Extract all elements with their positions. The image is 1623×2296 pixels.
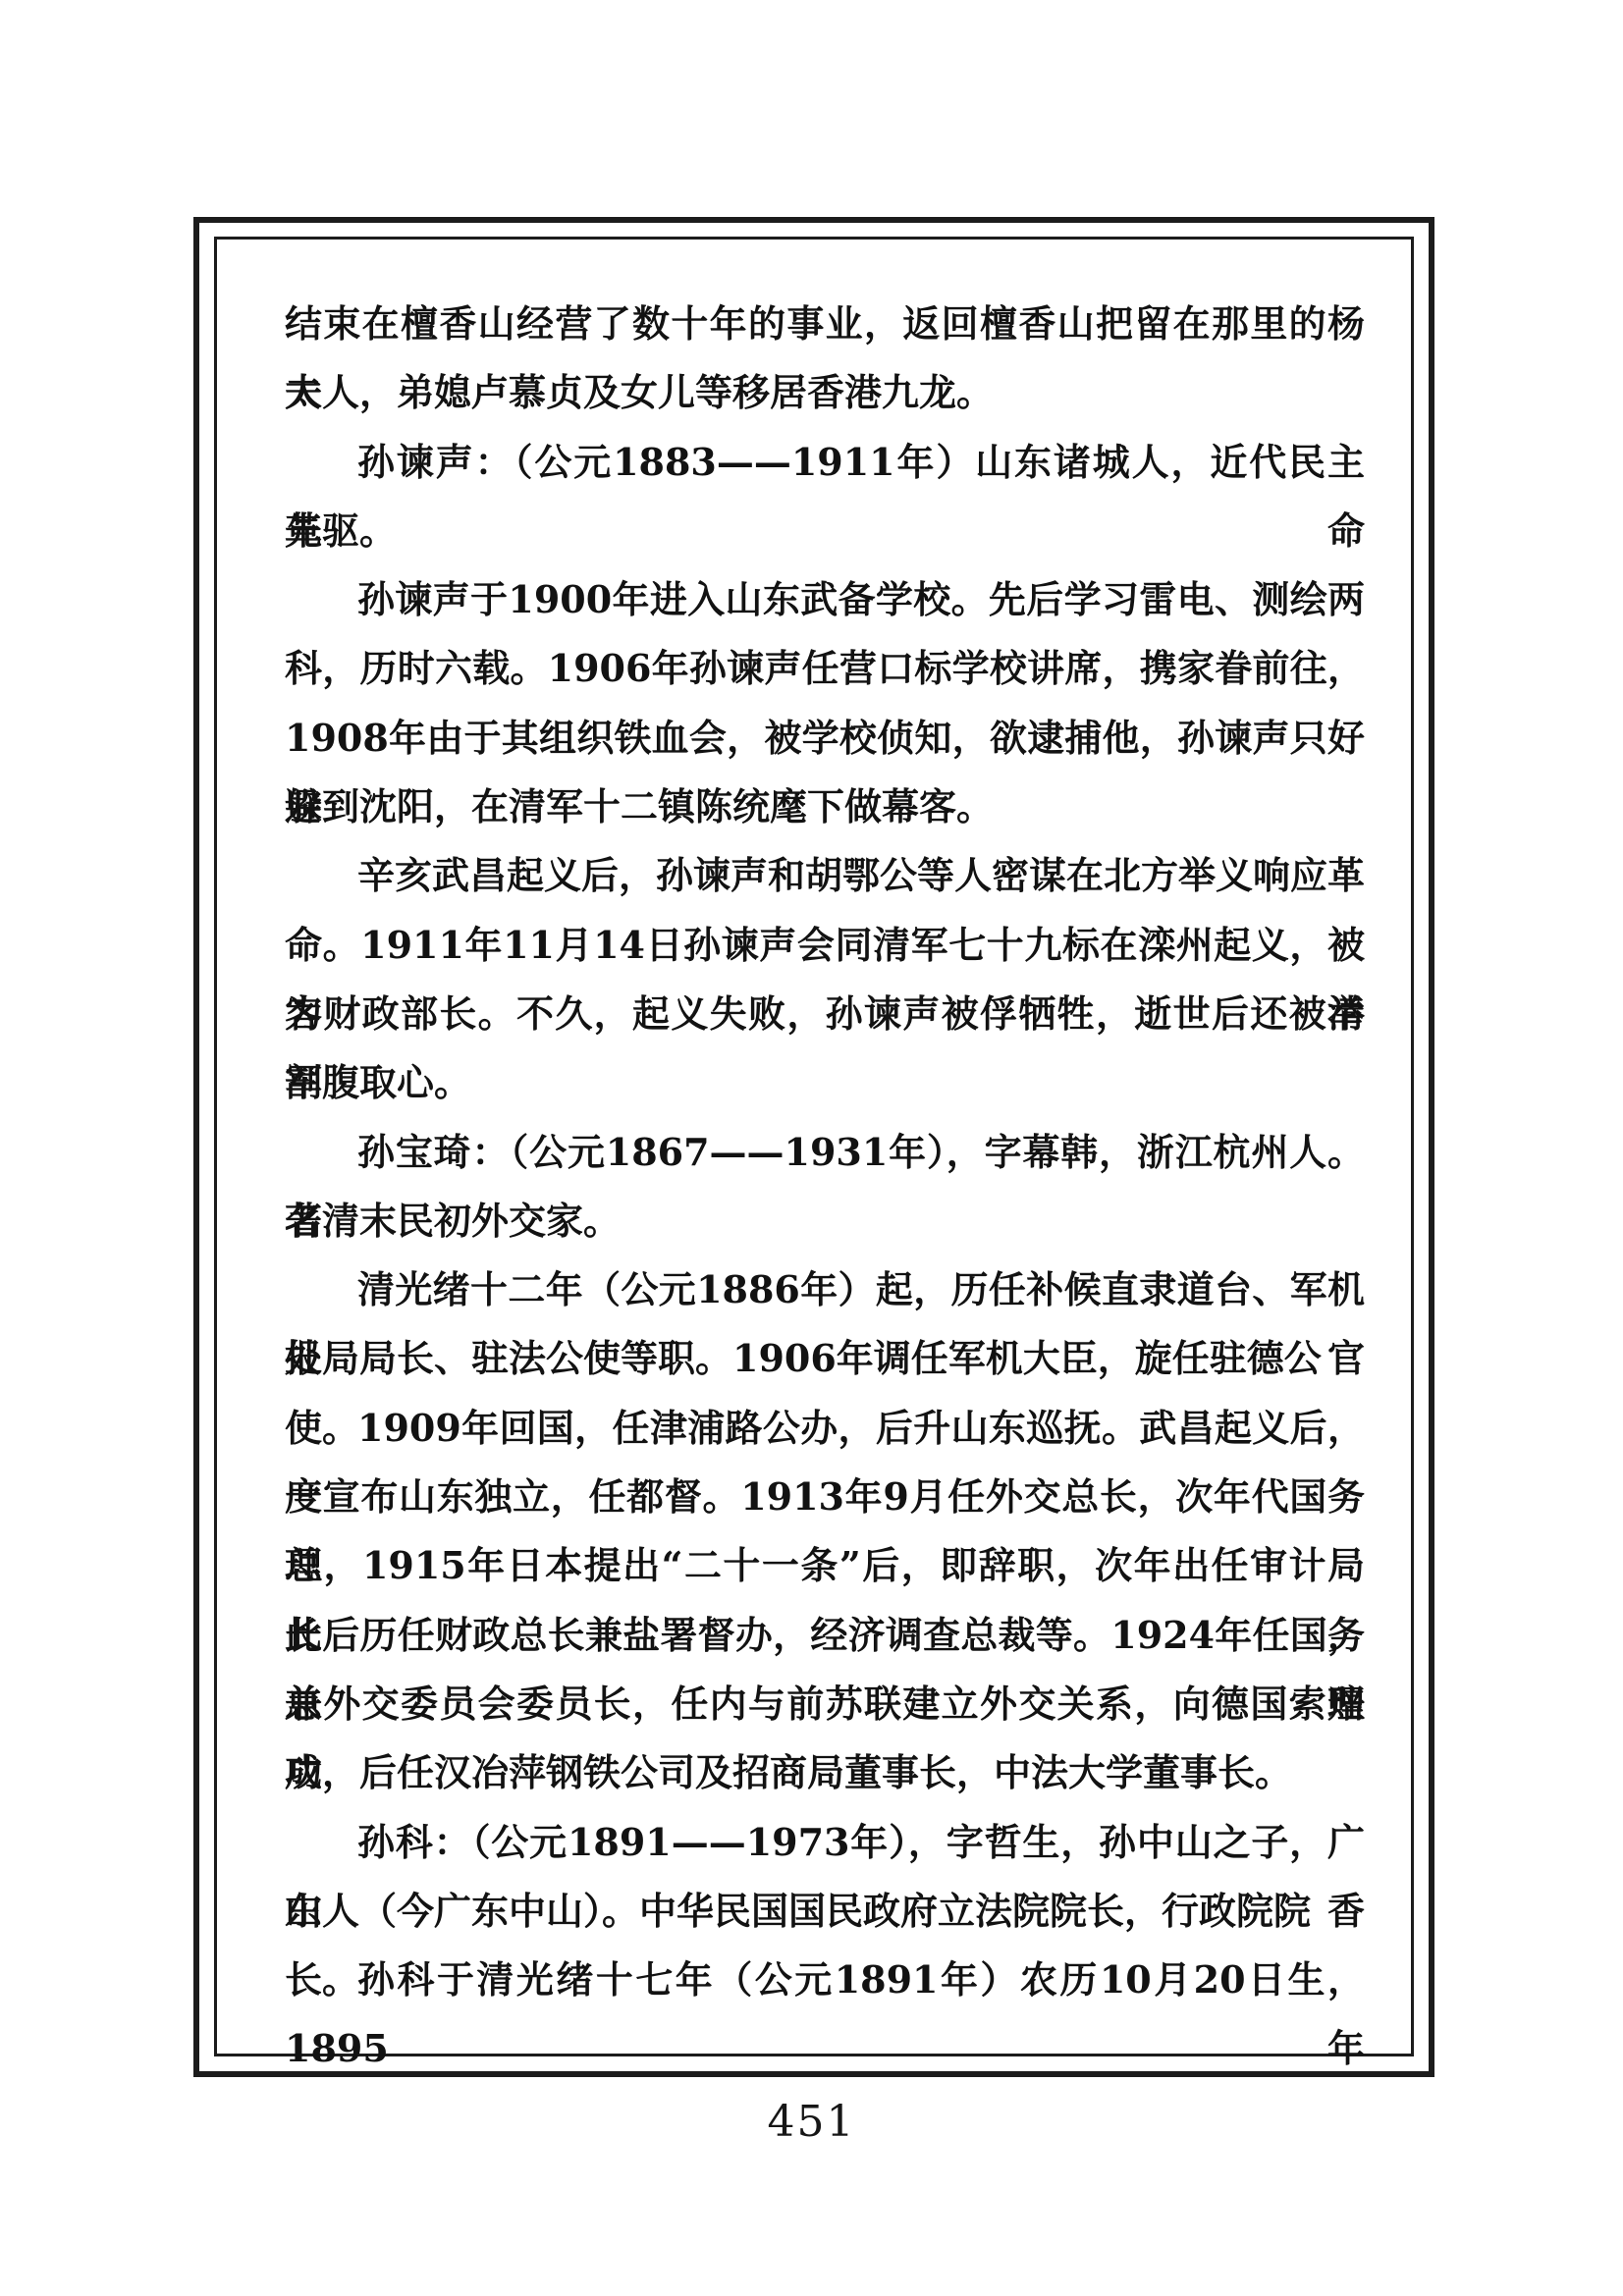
text-line: 名清末民初外交家。 (285, 1187, 1365, 1255)
body-text-block: 结束在檀香山经营了数十年的事业，返回檀香山把留在那里的杨太夫人，弟媳卢慕贞及女儿… (285, 290, 1365, 2014)
text-line: 科，历时六载。1906年孙谏声任营口标学校讲席，携家眷前往， (285, 634, 1365, 703)
text-line: 孙宝琦：（公元1867——1931年），字幕韩，浙江杭州人。著 (285, 1118, 1365, 1187)
text-line: 孙谏声：（公元1883——1911年）山东诸城人，近代民主革命 (285, 428, 1365, 497)
page-number: 451 (0, 2097, 1623, 2147)
text-line: 山人（今广东中山）。中华民国国民政府立法院院长，行政院院长。 (285, 1877, 1365, 1946)
text-line: 夫人，弟媳卢慕贞及女儿等移居香港九龙。 (285, 358, 1365, 427)
text-line: 为财政部长。不久，起义失败，孙谏声被俘牺牲，逝世后还被清军 (285, 980, 1365, 1048)
text-line: 度宣布山东独立，任都督。1913年9月任外交总长，次年代国务总 (285, 1463, 1365, 1531)
text-line: 命。1911年11月14日孙谏声会同清军七十九标在滦州起义，被客举 (285, 911, 1365, 980)
text-line: 兼外交委员会委员长，任内与前苏联建立外交关系，向德国索赔成 (285, 1670, 1365, 1738)
text-line: 1908年由于其组织铁血会，被学校侦知，欲逮捕他，孙谏声只好躲 (285, 704, 1365, 773)
text-line: 辛亥武昌起义后，孙谏声和胡鄂公等人密谋在北方举义响应革 (285, 841, 1365, 910)
text-line: 孙谏声于1900年进入山东武备学校。先后学习雷电、测绘两 (285, 565, 1365, 634)
text-line: 结束在檀香山经营了数十年的事业，返回檀香山把留在那里的杨太 (285, 290, 1365, 358)
text-line: 此后历任财政总长兼盐署督办，经济调查总裁等。1924年任国务总理 (285, 1601, 1365, 1670)
text-line: 功，后任汉冶萍钢铁公司及招商局董事长，中法大学董事长。 (285, 1738, 1365, 1807)
text-line: 孙科：（公元1891——1973年），字哲生，孙中山之子，广东香 (285, 1808, 1365, 1877)
text-line: 报局局长、驻法公使等职。1906年调任军机大臣，旋任驻德公使。 (285, 1324, 1365, 1393)
text-line: 避到沈阳，在清军十二镇陈统麾下做幕客。 (285, 773, 1365, 841)
text-line: 剖腹取心。 (285, 1048, 1365, 1117)
text-line: 清光绪十二年（公元1886年）起，历任补候直隶道台、军机处官 (285, 1255, 1365, 1324)
text-line: 孙科于清光绪十七年（公元1891年）农历10月20日生，1895年 (285, 1946, 1365, 2014)
text-line: 理，1915年日本提出“二十一条”后，即辞职，次年出任审计局长， (285, 1531, 1365, 1600)
text-line: 1909年回国，任津浦路公办，后升山东巡抚。武昌起义后，一 (285, 1394, 1365, 1463)
